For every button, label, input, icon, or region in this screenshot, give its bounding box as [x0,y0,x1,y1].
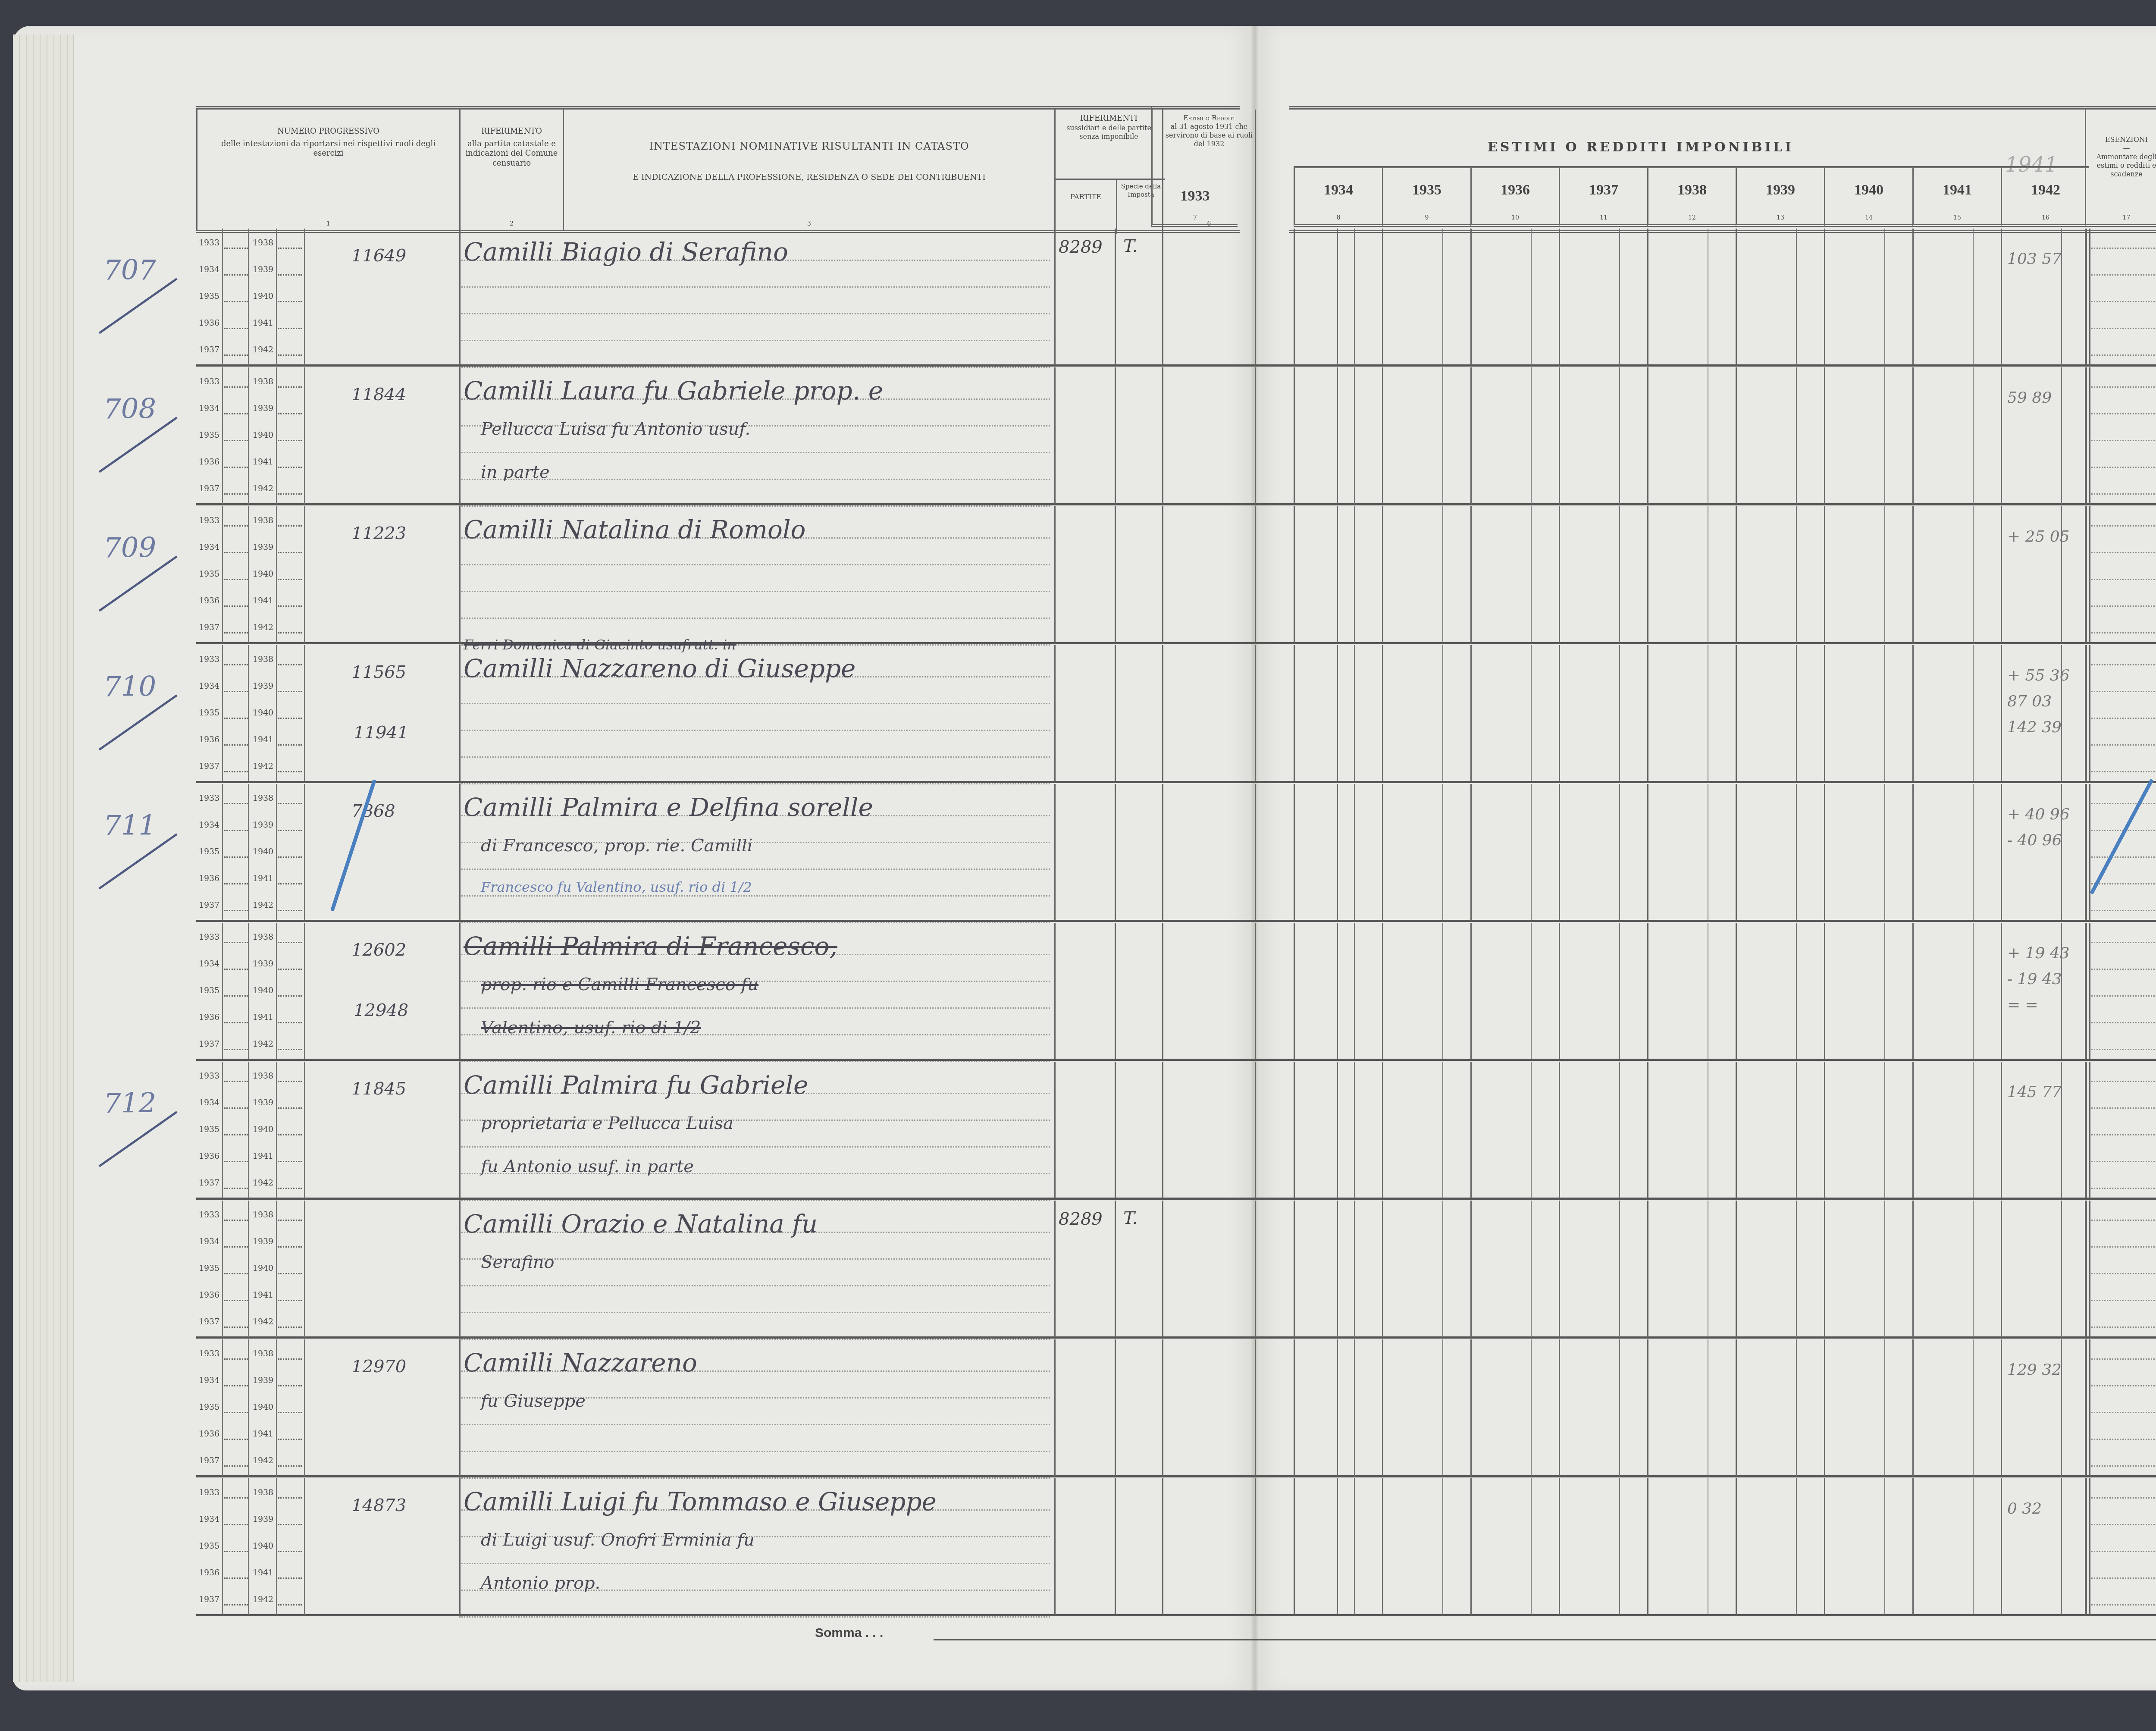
year-label: 1934 [196,1515,222,1524]
year-label: 1934 [196,265,222,274]
year-label: 1935 [196,1402,222,1412]
ledger-entry: 1933193819341939193519401936194119371942… [196,1478,2156,1616]
header-year-1934: 19348 [1294,166,1382,227]
year-label: 1938 [250,793,276,803]
year-label: 1936 [196,1429,222,1439]
year-label: 1935 [196,708,222,718]
year-label: 1942 [250,900,276,910]
year-label: 1934 [196,1098,222,1107]
year-label: 1939 [250,1237,276,1246]
year-label: 1936 [196,596,222,605]
year-label: 1936 [196,1568,222,1577]
year-label: 1937 [196,484,222,493]
year-label: 1934 [196,681,222,691]
year-label: 1935 [196,1125,222,1134]
table-header-left: NUMERO PROGRESSIVO delle intestazioni da… [196,106,1240,233]
year-label: 1939 [250,1376,276,1385]
year-label: 1940 [250,1264,276,1273]
year-label: 1941 [250,1568,276,1577]
year-label: 1938 [250,1349,276,1358]
year-label: 1940 [250,1541,276,1551]
name-line: Camilli Palmira e Delfina sorelle [464,793,873,822]
margin-entry-number: 711 [103,810,156,842]
year-label: 1938 [250,1488,276,1497]
year-label: 1940 [250,847,276,856]
name-line: fu Giuseppe [481,1391,586,1411]
year-label: 1933 [196,655,222,664]
year-label: 1935 [196,569,222,579]
year-label: 1942 [250,1595,276,1604]
name-line: Camilli Laura fu Gabriele prop. e [464,376,883,405]
name-line: Camilli Orazio e Natalina fu [464,1209,818,1239]
amount-1942-b: 87 03 [2007,693,2052,710]
ledger-entry: 1933193819341939193519401936194119371942… [196,506,2156,644]
year-label: 1940 [250,430,276,440]
year-label: 1940 [250,292,276,301]
year-label: 1942 [250,484,276,493]
year-label: 1936 [196,457,222,467]
margin-entry-number: 712 [103,1088,156,1120]
partita-ref: 11565 [351,662,406,682]
margin-entry-number: 710 [103,671,156,703]
somma-line [934,1639,2156,1640]
name-line: Camilli Natalina di Romolo [464,515,805,544]
year-label: 1937 [196,1039,222,1049]
year-label: 1939 [250,1515,276,1524]
year-label: 1940 [250,569,276,579]
year-label: 1934 [196,404,222,413]
year-label: 1936 [196,318,222,328]
page-edges-left [13,34,74,1682]
name-line: Camilli Biagio di Serafino [464,237,788,267]
year-label: 1941 [250,1151,276,1161]
year-label: 1938 [250,1210,276,1220]
year-label: 1941 [250,735,276,744]
header-col-numero-progressivo: NUMERO PROGRESSIVO delle intestazioni da… [196,110,459,230]
year-label: 1939 [250,1098,276,1107]
year-label: 1935 [196,986,222,995]
year-label: 1934 [196,1376,222,1385]
amount-1942: + 19 43 [2007,944,2070,962]
year-label: 1937 [196,1317,222,1326]
partite-value: 8289 [1059,1209,1103,1229]
year-label: 1941 [250,318,276,328]
ledger-entry: 1933193819341939193519401936194119371942… [196,367,2156,505]
name-note-struck: Ferri Domenica di Giacinto usufrutt. in [464,637,736,653]
year-label: 1933 [196,1488,222,1497]
name-line: Antonio prop. [481,1573,600,1593]
year-label: 1938 [250,1071,276,1081]
partita-ref: 7868 [351,801,395,821]
year-label: 1941 [250,1429,276,1439]
name-line: Camilli Palmira fu Gabriele [464,1070,808,1100]
partita-ref: 12602 [351,940,406,960]
amount-1942-b: - 40 96 [2007,831,2062,849]
ledger-entry: 1933193819341939193519401936194119371942… [196,784,2156,922]
amount-1942-c: 142 39 [2007,718,2062,736]
specie-value: T. [1123,1208,1138,1228]
year-label: 1942 [250,345,276,354]
year-label: 1941 [250,457,276,467]
amount-1942: 59 89 [2007,389,2052,407]
year-label: 1937 [196,345,222,354]
name-line: Pellucca Luisa fu Antonio usuf. [481,419,750,439]
header-year-1940: 194014 [1824,166,1912,227]
year-label: 1933 [196,516,222,525]
name-line: proprietaria e Pellucca Luisa [481,1113,733,1133]
header-year-1938: 193812 [1647,166,1736,227]
header-col-esenzioni: ESENZIONI — Ammontare degli estimi o red… [2085,106,2156,227]
year-label: 1938 [250,932,276,942]
name-line: di Francesco, prop. rie. Camilli [481,836,753,856]
amount-1942: 0 32 [2007,1500,2042,1518]
year-label: 1938 [250,655,276,664]
estimi-title: ESTIMI O REDDITI IMPONIBILI [1488,140,1794,155]
name-line: di Luigi usuf. Onofri Erminia fu [481,1530,755,1550]
name-line: prop. rio e Camilli Francesco fu [481,975,758,994]
year-label: 1937 [196,1456,222,1465]
year-label: 1936 [196,735,222,744]
year-label: 1934 [196,820,222,830]
header-year-1941: 194115 [1912,166,2001,227]
year-label: 1935 [196,847,222,856]
header-year-1936: 193610 [1470,166,1559,227]
year-label: 1934 [196,1237,222,1246]
year-label: 1941 [250,1013,276,1022]
year-label: 1934 [196,959,222,969]
partita-ref-alt: 11941 [354,723,408,743]
year-label: 1937 [196,623,222,632]
amount-1942: + 40 96 [2007,806,2070,823]
name-line: Francesco fu Valentino, usuf. rio di 1/2 [481,879,752,895]
header-year-1942: 194216 [2001,166,2089,227]
header-year-1939: 193913 [1736,166,1824,227]
year-label: 1935 [196,1541,222,1551]
partita-ref: 11223 [351,524,406,543]
somma-label: Somma . . . [815,1626,883,1640]
amount-1942: 145 77 [2007,1083,2062,1101]
year-label: 1938 [250,516,276,525]
partite-value: 8289 [1059,237,1103,257]
year-label: 1942 [250,1456,276,1465]
ledger-entry: 1933193819341939193519401936194119371942… [196,1062,2156,1200]
year-label: 1933 [196,1349,222,1358]
year-label: 1934 [196,543,222,552]
ledger-entry: 1933193819341939193519401936194119371942… [196,229,2156,367]
year-label: 1942 [250,1039,276,1049]
year-label: 1936 [196,1151,222,1161]
year-label: 1933 [196,377,222,386]
year-label: 1942 [250,762,276,771]
year-label: 1939 [250,543,276,552]
amount-1942: + 55 36 [2007,667,2070,684]
year-label: 1940 [250,986,276,995]
amount-1942-b: - 19 43 [2007,970,2062,988]
year-label: 1935 [196,430,222,440]
year-label: 1942 [250,1178,276,1188]
year-label: 1939 [250,404,276,413]
year-label: 1939 [250,959,276,969]
year-label: 1941 [250,596,276,605]
header-year-1937: 193711 [1559,166,1647,227]
amount-1942-c: = = [2007,996,2038,1014]
partita-ref: 11649 [351,246,406,266]
name-line: Camilli Nazzareno di Giuseppe [464,654,856,683]
year-label: 1936 [196,874,222,883]
year-label: 1935 [196,292,222,301]
year-label: 1933 [196,1210,222,1220]
ledger-entry: 1933193819341939193519401936194119371942… [196,1339,2156,1477]
partita-ref: 14873 [351,1496,406,1515]
year-label: 1941 [250,874,276,883]
year-label: 1939 [250,681,276,691]
header-col-riferimento: RIFERIMENTO alla partita catastale e ind… [459,110,563,230]
year-label: 1939 [250,265,276,274]
year-label: 1933 [196,238,222,248]
header-year-1935: 19359 [1382,166,1470,227]
year-label: 1936 [196,1290,222,1300]
header-col-intestazioni: INTESTAZIONI NOMINATIVE RISULTANTI IN CA… [563,110,1054,230]
name-line: Valentino, usuf. rio di 1/2 [481,1018,701,1038]
year-label: 1933 [196,1071,222,1081]
year-label: 1940 [250,1125,276,1134]
name-line: Serafino [481,1252,555,1272]
ledger-entry: 1933193819341939193519401936194119371942… [196,1201,2156,1339]
year-label: 1939 [250,820,276,830]
amount-1942: + 25 05 [2007,528,2070,546]
amount-1942: 103 57 [2007,250,2062,268]
margin-entry-number: 707 [103,254,156,286]
partita-ref: 11844 [351,385,406,405]
name-line: Camilli Nazzareno [464,1348,697,1377]
year-label: 1937 [196,1595,222,1604]
year-label: 1942 [250,1317,276,1326]
partita-ref: 11845 [351,1079,406,1099]
year-label: 1940 [250,1402,276,1412]
year-label: 1938 [250,238,276,248]
year-label: 1940 [250,708,276,718]
partita-ref-alt: 12948 [354,1000,408,1020]
year-label: 1941 [250,1290,276,1300]
margin-entry-number: 708 [103,393,156,425]
amount-1942: 129 32 [2007,1361,2062,1379]
year-label: 1942 [250,623,276,632]
name-line: Camilli Palmira di Francesco, [464,931,837,961]
partita-ref: 12970 [351,1357,406,1377]
year-label: 1933 [196,793,222,803]
year-label: 1937 [196,762,222,771]
ledger-entry: 1933193819341939193519401936194119371942… [196,645,2156,783]
name-line: fu Antonio usuf. in parte [481,1157,694,1176]
ledger-entry: 1933193819341939193519401936194119371942… [196,923,2156,1061]
year-label: 1935 [196,1264,222,1273]
name-line: Camilli Luigi fu Tommaso e Giuseppe [464,1487,937,1516]
year-label: 1937 [196,900,222,910]
year-label: 1933 [196,932,222,942]
specie-value: T. [1123,236,1138,256]
year-label: 1938 [250,377,276,386]
header-col-riferimenti-sussidiari: RIFERIMENTI sussidiari e delle partite s… [1054,110,1162,230]
header-col-1933: 1933 7 [1151,106,1238,227]
year-label: 1937 [196,1178,222,1188]
margin-entry-number: 709 [103,532,156,564]
name-line: in parte [481,462,550,482]
year-label: 1936 [196,1013,222,1022]
